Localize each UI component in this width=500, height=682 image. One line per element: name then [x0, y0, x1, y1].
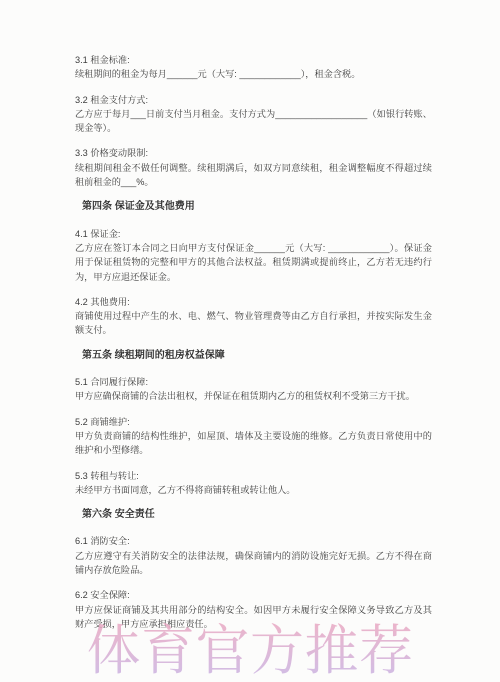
clause-4-1-title: 4.1 保证金: — [75, 227, 432, 241]
clause-3-1-body: 续租期间的租金为每月______元（大写: ____________），租金含税… — [75, 67, 432, 81]
clause-3-1: 3.1 租金标准: 续租期间的租金为每月______元（大写: ________… — [75, 53, 432, 82]
chapter-4-heading: 第四条 保证金及其他费用 — [75, 200, 432, 214]
clause-6-1-title: 6.1 消防安全: — [75, 534, 432, 548]
clause-4-1: 4.1 保证金: 乙方应在签订本合同之日向甲方支付保证金______元（大写: … — [75, 227, 432, 284]
chapter-5-heading: 第五条 续租期间的租房权益保障 — [75, 349, 432, 363]
clause-3-3-body: 续租期间租金不做任何调整。续租期满后，如双方同意续租，租金调整幅度不得超过续租前… — [75, 161, 432, 190]
clause-6-2: 6.2 安全保障: 甲方应保证商铺及其共用部分的结构安全。如因甲方未履行安全保障… — [75, 588, 432, 631]
clause-5-3: 5.3 转租与转让: 未经甲方书面同意，乙方不得将商铺转租或转让他人。 — [75, 469, 432, 498]
clause-4-1-body: 乙方应在签订本合同之日向甲方支付保证金______元（大写: _________… — [75, 241, 432, 284]
clause-3-3: 3.3 价格变动限制: 续租期间租金不做任何调整。续租期满后，如双方同意续租，租… — [75, 146, 432, 189]
clause-6-1-body: 乙方应遵守有关消防安全的法律法规，确保商铺内的消防设施完好无损。乙方不得在商铺内… — [75, 549, 432, 578]
clause-5-2: 5.2 商铺维护: 甲方负责商铺的结构性维护，如屋顶、墙体及主要设施的维修。乙方… — [75, 415, 432, 458]
clause-3-2-title: 3.2 租金支付方式: — [75, 93, 432, 107]
chapter-6-heading: 第六条 安全责任 — [75, 508, 432, 522]
clause-3-2: 3.2 租金支付方式: 乙方应于每月___日前支付当月租金。支付方式为_____… — [75, 93, 432, 136]
clause-5-1-body: 甲方应确保商铺的合法出租权，并保证在租赁期内乙方的租赁权利不受第三方干扰。 — [75, 389, 432, 403]
clause-3-2-body: 乙方应于每月___日前支付当月租金。支付方式为_________________… — [75, 107, 432, 136]
clause-3-3-title: 3.3 价格变动限制: — [75, 146, 432, 160]
clause-4-2-body: 商铺使用过程中产生的水、电、燃气、物业管理费等由乙方自行承担，并按实际发生金额支… — [75, 309, 432, 338]
clause-6-2-title: 6.2 安全保障: — [75, 588, 432, 602]
clause-4-2: 4.2 其他费用: 商铺使用过程中产生的水、电、燃气、物业管理费等由乙方自行承担… — [75, 295, 432, 338]
clause-4-2-title: 4.2 其他费用: — [75, 295, 432, 309]
clause-5-1: 5.1 合同履行保障: 甲方应确保商铺的合法出租权，并保证在租赁期内乙方的租赁权… — [75, 375, 432, 404]
clause-5-2-body: 甲方负责商铺的结构性维护，如屋顶、墙体及主要设施的维修。乙方负责日常使用中的维护… — [75, 429, 432, 458]
clause-5-2-title: 5.2 商铺维护: — [75, 415, 432, 429]
clause-5-3-title: 5.3 转租与转让: — [75, 469, 432, 483]
clause-5-3-body: 未经甲方书面同意，乙方不得将商铺转租或转让他人。 — [75, 483, 432, 497]
clause-3-1-title: 3.1 租金标准: — [75, 53, 432, 67]
clause-6-2-body: 甲方应保证商铺及其共用部分的结构安全。如因甲方未履行安全保障义务导致乙方及其财产… — [75, 603, 432, 632]
contract-page: 3.1 租金标准: 续租期间的租金为每月______元（大写: ________… — [0, 0, 500, 682]
clause-6-1: 6.1 消防安全: 乙方应遵守有关消防安全的法律法规，确保商铺内的消防设施完好无… — [75, 534, 432, 577]
clause-5-1-title: 5.1 合同履行保障: — [75, 375, 432, 389]
